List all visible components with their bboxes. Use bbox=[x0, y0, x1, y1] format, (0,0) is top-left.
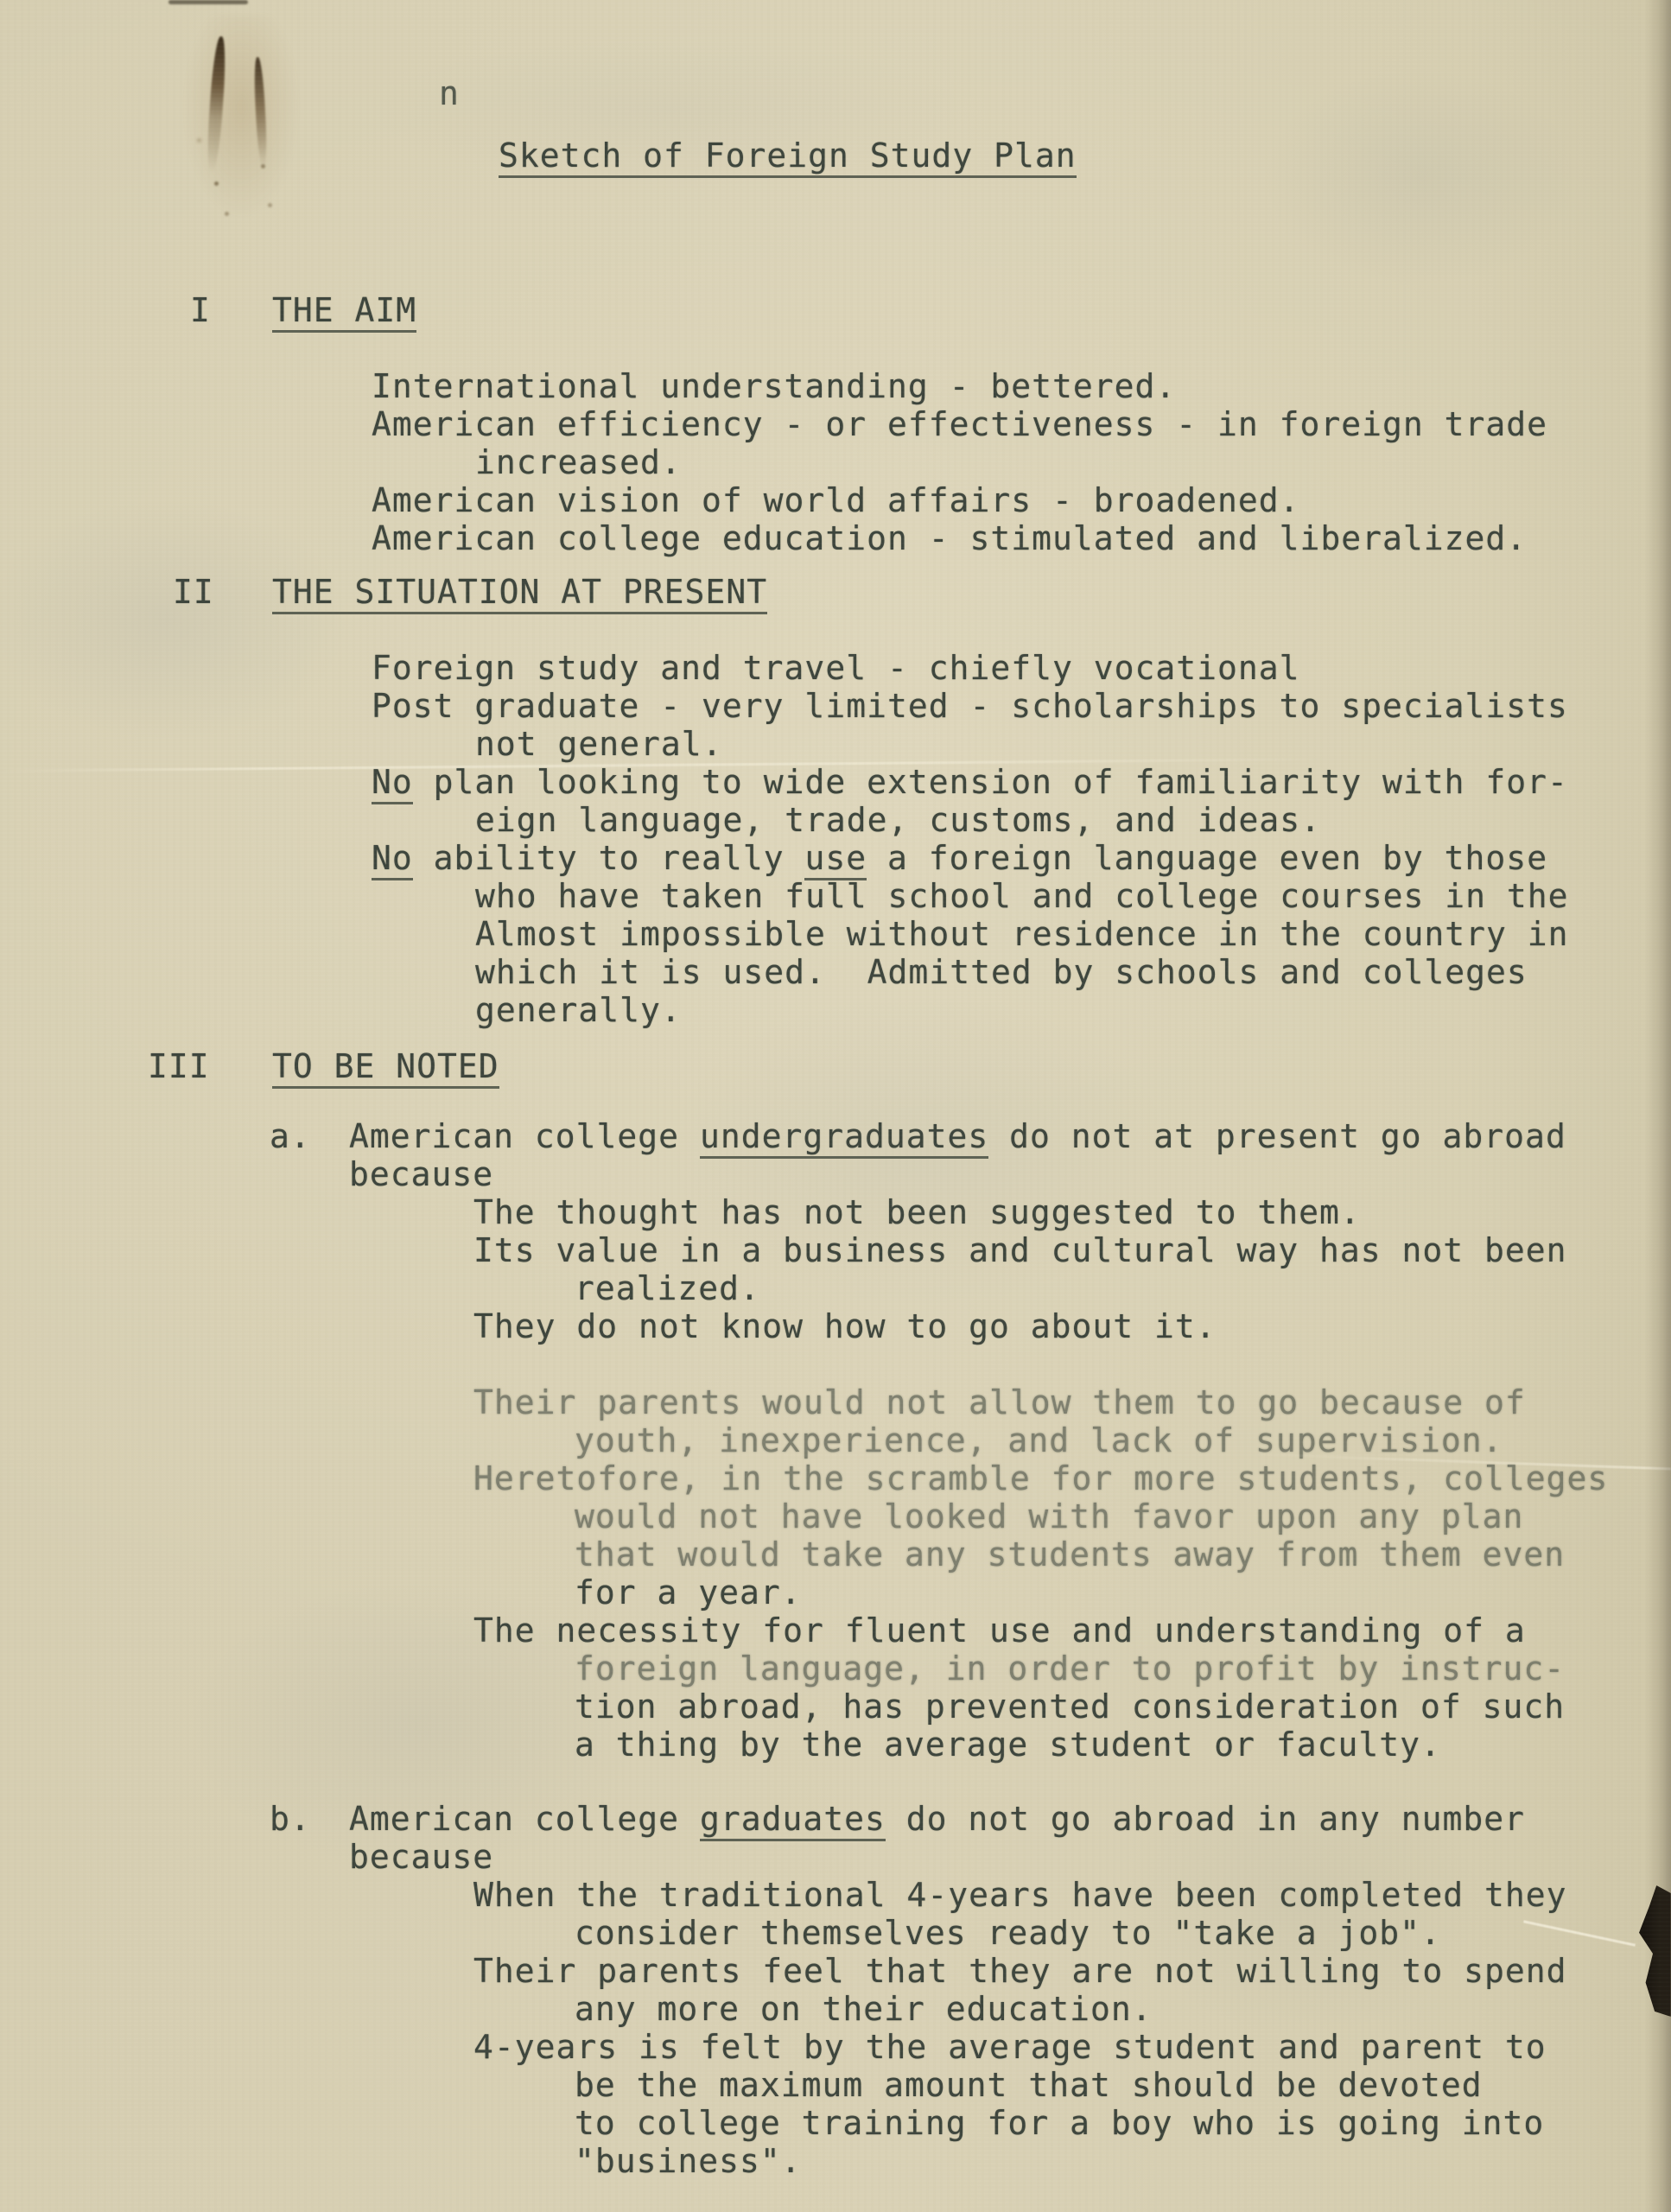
text-segment: Its value in a business and cultural way… bbox=[473, 1231, 1567, 1269]
underlined-word: graduates bbox=[700, 1800, 886, 1841]
section-numeral: II bbox=[173, 573, 214, 611]
text-segment: American college bbox=[349, 1800, 700, 1838]
typed-line: American college education - stimulated … bbox=[372, 519, 1671, 557]
typed-line: any more on their education. bbox=[575, 1990, 1671, 2028]
text-segment: be the maximum amount that should be dev… bbox=[575, 2066, 1483, 2104]
text-segment: generally. bbox=[475, 991, 682, 1029]
text-segment: American efficiency - or effectiveness -… bbox=[372, 405, 1547, 443]
typed-line: When the traditional 4-years have been c… bbox=[473, 1876, 1671, 1914]
typed-line: "business". bbox=[575, 2142, 1671, 2180]
text-segment: American vision of world affairs - broad… bbox=[372, 481, 1300, 519]
typed-line: realized. bbox=[575, 1269, 1671, 1307]
section-the-aim: I THE AIM International understanding - … bbox=[0, 291, 1671, 557]
text-segment: ability to really bbox=[413, 839, 805, 877]
section-numeral: I bbox=[190, 291, 211, 329]
text-segment: a thing by the average student or facult… bbox=[575, 1726, 1441, 1764]
item-body: American college undergraduates do not a… bbox=[349, 1117, 1671, 1764]
typed-line: No ability to really use a foreign langu… bbox=[372, 839, 1671, 877]
typed-line: youth, inexperience, and lack of supervi… bbox=[575, 1421, 1671, 1459]
text-segment: foreign language, in order to profit by … bbox=[575, 1649, 1565, 1688]
typed-line: that would take any students away from t… bbox=[575, 1535, 1671, 1573]
text-segment: Their parents would not allow them to go… bbox=[473, 1383, 1526, 1421]
text-segment: do not go abroad in any number bbox=[886, 1800, 1525, 1838]
text-segment: Post graduate - very limited - scholarsh… bbox=[372, 687, 1568, 725]
text-segment: any more on their education. bbox=[575, 1990, 1153, 2028]
page-title: Sketch of Foreign Study Plan bbox=[499, 137, 1077, 175]
text-segment: American college education - stimulated … bbox=[372, 519, 1527, 557]
section-situation-at-present: II THE SITUATION AT PRESENT Foreign stud… bbox=[0, 573, 1671, 1029]
typed-line: be the maximum amount that should be dev… bbox=[575, 2066, 1671, 2104]
typed-line: No plan looking to wide extension of fam… bbox=[372, 763, 1671, 801]
typed-line: Heretofore, in the scramble for more stu… bbox=[473, 1459, 1671, 1497]
text-segment: American college bbox=[349, 1117, 700, 1155]
typed-line: for a year. bbox=[575, 1573, 1671, 1611]
typed-line: They do not know how to go about it. bbox=[473, 1307, 1671, 1345]
text-segment: because bbox=[349, 1838, 493, 1876]
typed-line: who have taken full school and college c… bbox=[475, 877, 1671, 915]
typed-line: consider themselves ready to "take a job… bbox=[575, 1914, 1671, 1952]
ink-stain-halo bbox=[183, 16, 300, 219]
typed-line: because bbox=[349, 1155, 1671, 1193]
item-label: a. bbox=[270, 1117, 311, 1155]
text-segment: not general. bbox=[475, 725, 723, 763]
text-segment: Heretofore, in the scramble for more stu… bbox=[473, 1459, 1608, 1497]
text-segment: Their parents feel that they are not wil… bbox=[473, 1952, 1567, 1990]
text-segment: The necessity for fluent use and underst… bbox=[473, 1611, 1526, 1649]
text-segment: realized. bbox=[575, 1269, 760, 1307]
text-segment: who have taken full school and college c… bbox=[475, 877, 1569, 915]
typed-line: to college training for a boy who is goi… bbox=[575, 2104, 1671, 2142]
underlined-word: use bbox=[804, 839, 867, 880]
page-title-text: Sketch of Foreign Study Plan bbox=[499, 137, 1077, 178]
stray-typed-character: n bbox=[439, 74, 460, 112]
typed-line: 4-years is felt by the average student a… bbox=[473, 2028, 1671, 2066]
text-segment: for a year. bbox=[575, 1573, 802, 1611]
ink-stain-specks bbox=[207, 35, 212, 39]
text-segment: When the traditional 4-years have been c… bbox=[473, 1876, 1567, 1914]
text-segment: that would take any students away from t… bbox=[575, 1535, 1565, 1573]
text-segment: 4-years is felt by the average student a… bbox=[473, 2028, 1547, 2066]
text-segment: International understanding - bettered. bbox=[372, 367, 1176, 405]
typed-line: Their parents feel that they are not wil… bbox=[473, 1952, 1671, 1990]
typed-line: increased. bbox=[475, 443, 1671, 481]
typed-line: generally. bbox=[475, 991, 1671, 1029]
section-heading: THE AIM bbox=[272, 291, 1671, 329]
typed-line: a thing by the average student or facult… bbox=[575, 1726, 1671, 1764]
item-label: b. bbox=[270, 1800, 311, 1838]
text-segment: because bbox=[349, 1155, 493, 1193]
text-segment: "business". bbox=[575, 2142, 802, 2180]
text-segment: a foreign language even by those bbox=[867, 839, 1547, 877]
typed-line: foreign language, in order to profit by … bbox=[575, 1649, 1671, 1688]
typed-line: eign language, trade, customs, and ideas… bbox=[475, 801, 1671, 839]
text-segment: youth, inexperience, and lack of supervi… bbox=[575, 1421, 1503, 1459]
text-segment: consider themselves ready to "take a job… bbox=[575, 1914, 1441, 1952]
section-heading: THE SITUATION AT PRESENT bbox=[272, 573, 1671, 611]
section-numeral: III bbox=[148, 1047, 210, 1085]
typed-line: International understanding - bettered. bbox=[372, 367, 1671, 405]
typed-line: Foreign study and travel - chiefly vocat… bbox=[372, 649, 1671, 687]
typewritten-page: n Sketch of Foreign Study Plan I THE AIM… bbox=[0, 0, 1671, 2212]
text-segment: They do not know how to go about it. bbox=[473, 1307, 1217, 1345]
typed-line: Their parents would not allow them to go… bbox=[473, 1383, 1671, 1421]
typed-line: Post graduate - very limited - scholarsh… bbox=[372, 687, 1671, 725]
typed-line: Its value in a business and cultural way… bbox=[473, 1231, 1671, 1269]
noted-item-b: b. American college graduates do not go … bbox=[349, 1800, 1671, 2180]
section-body: Foreign study and travel - chiefly vocat… bbox=[0, 649, 1671, 1029]
text-segment: tion abroad, has prevented consideration… bbox=[575, 1688, 1565, 1726]
text-segment: which it is used. Admitted by schools an… bbox=[475, 953, 1528, 991]
text-segment: increased. bbox=[475, 443, 682, 481]
typed-line: American efficiency - or effectiveness -… bbox=[372, 405, 1671, 443]
typed-line: not general. bbox=[475, 725, 1671, 763]
text-segment: Foreign study and travel - chiefly vocat… bbox=[372, 649, 1300, 687]
text-segment: to college training for a boy who is goi… bbox=[575, 2104, 1544, 2142]
text-segment: would not have looked with favor upon an… bbox=[575, 1497, 1523, 1535]
section-heading: TO BE NOTED bbox=[272, 1047, 1671, 1085]
noted-item-a: a. American college undergraduates do no… bbox=[349, 1117, 1671, 1764]
underlined-word: No bbox=[372, 763, 413, 804]
text-segment: Almost impossible without residence in t… bbox=[475, 915, 1569, 953]
typed-line: American vision of world affairs - broad… bbox=[372, 481, 1671, 519]
typed-line: which it is used. Admitted by schools an… bbox=[475, 953, 1671, 991]
torn-top-edge-mark bbox=[168, 0, 248, 4]
typed-line: American college graduates do not go abr… bbox=[349, 1800, 1671, 1838]
typed-line: The necessity for fluent use and underst… bbox=[473, 1611, 1671, 1649]
typed-line: Almost impossible without residence in t… bbox=[475, 915, 1671, 953]
section-body: International understanding - bettered.A… bbox=[0, 367, 1671, 557]
text-segment: do not at present go abroad bbox=[988, 1117, 1566, 1155]
typed-line: because bbox=[349, 1838, 1671, 1876]
typed-line: tion abroad, has prevented consideration… bbox=[575, 1688, 1671, 1726]
item-body: American college graduates do not go abr… bbox=[349, 1800, 1671, 2180]
section-to-be-noted: III TO BE NOTED bbox=[0, 1047, 1671, 1085]
typed-line: would not have looked with favor upon an… bbox=[575, 1497, 1671, 1535]
typed-line: American college undergraduates do not a… bbox=[349, 1117, 1671, 1155]
text-segment: plan looking to wide extension of famili… bbox=[413, 763, 1568, 801]
text-segment: eign language, trade, customs, and ideas… bbox=[475, 801, 1321, 839]
typed-line: The thought has not been suggested to th… bbox=[473, 1193, 1671, 1231]
text-segment: The thought has not been suggested to th… bbox=[473, 1193, 1361, 1231]
underlined-word: undergraduates bbox=[700, 1117, 988, 1159]
underlined-word: No bbox=[372, 839, 413, 880]
